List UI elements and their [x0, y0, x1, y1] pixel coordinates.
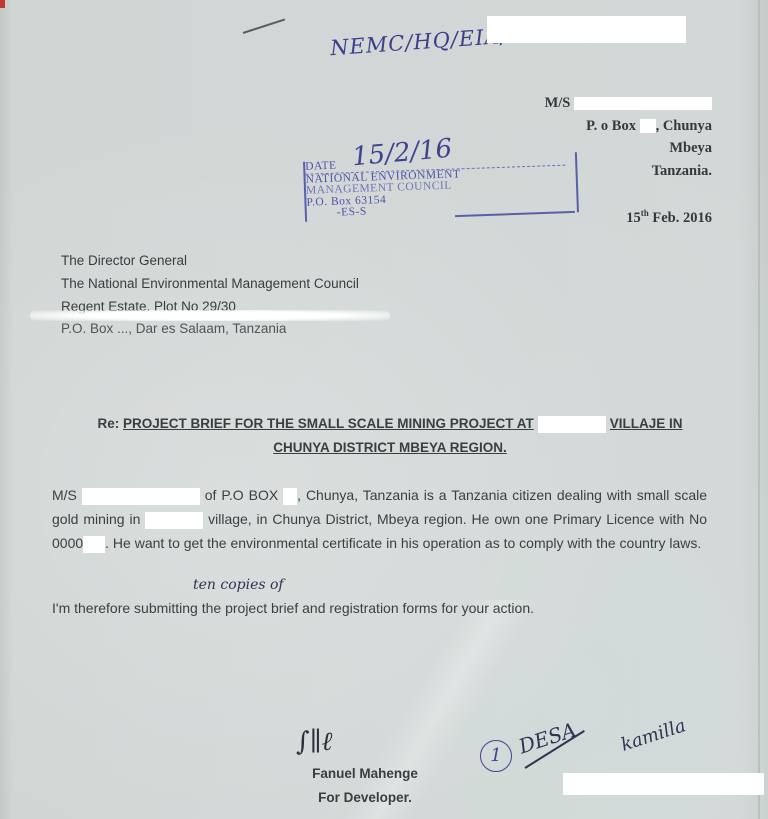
signature-scribble: ∫∥ℓ — [296, 727, 332, 757]
recipient-line-1: The Director General — [61, 250, 359, 273]
recipient-line-4: P.O. Box ..., Dar es Salaam, Tanzania — [61, 318, 359, 341]
redaction-box-number — [283, 488, 297, 505]
recipient-line-2: The National Environmental Management Co… — [61, 273, 359, 296]
subject-line-2: CHUNYA DISTRICT MBEYA REGION. — [80, 436, 700, 460]
subject-line-1: Re: PROJECT BRIEF FOR THE SMALL SCALE MI… — [80, 412, 700, 436]
corner-mark — [0, 0, 5, 8]
signatory-name: Fanuel Mahenge — [305, 762, 425, 786]
scanned-letter-page: NEMC/HQ/EIA/ M/S P. o Box , Chunya Mbeya… — [0, 0, 768, 819]
redaction-sender-name — [574, 97, 712, 110]
page-edge — [758, 0, 760, 819]
redaction-box-number — [640, 119, 656, 133]
handwritten-note-2: kamilla — [618, 715, 688, 756]
redaction-licence-number — [83, 536, 105, 553]
signatory-role: For Developer. — [305, 786, 425, 810]
redaction-developer-name — [82, 488, 200, 505]
body-paragraph: M/S of P.O BOX , Chunya, Tanzania is a T… — [52, 483, 707, 555]
handwritten-reference: NEMC/HQ/EIA/ — [329, 24, 509, 60]
recipient-address: The Director General The National Enviro… — [61, 250, 359, 341]
sender-po-box: P. o Box , Chunya — [545, 115, 712, 138]
photo-glare-streak — [30, 310, 390, 321]
signature-block: Fanuel Mahenge For Developer. — [305, 762, 425, 810]
subject-line: Re: PROJECT BRIEF FOR THE SMALL SCALE MI… — [80, 412, 700, 460]
pencil-mark — [243, 18, 285, 33]
handwritten-insert: ten copies of — [193, 577, 284, 593]
redaction-reference — [487, 16, 686, 43]
circled-number-annotation: 1 — [480, 740, 512, 772]
closing-sentence: I'm therefore submitting the project bri… — [52, 600, 534, 616]
redaction-annotation — [563, 773, 764, 795]
sender-name-line: M/S — [545, 92, 712, 115]
redaction-village-name — [145, 512, 203, 529]
redaction-village — [538, 416, 606, 433]
